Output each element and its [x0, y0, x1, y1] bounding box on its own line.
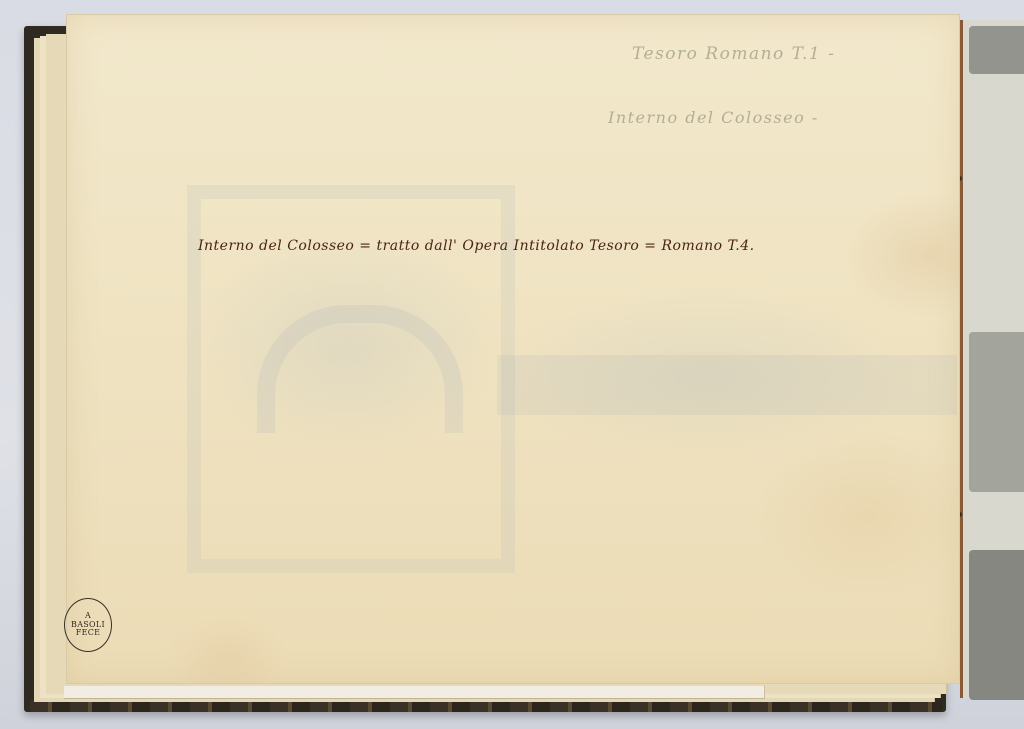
scanned-book: Tesoro Romano T.1 - Interno del Colosseo… [0, 0, 1024, 729]
ink-wash [969, 550, 1024, 700]
facing-page-edge [960, 20, 1024, 698]
collector-stamp: A BASOLI FECE [64, 598, 112, 652]
inserted-slip [64, 686, 765, 699]
ink-wash [969, 332, 1024, 492]
pencil-note: Interno del Colosseo - [608, 108, 819, 127]
pencil-note: Tesoro Romano T.1 - [632, 44, 835, 64]
handwritten-inscription: Interno del Colosseo = tratto dall' Oper… [198, 238, 838, 254]
ink-wash [969, 26, 1024, 74]
book-page [66, 14, 960, 684]
stamp-line: FECE [76, 629, 101, 637]
show-through-image [497, 355, 957, 415]
